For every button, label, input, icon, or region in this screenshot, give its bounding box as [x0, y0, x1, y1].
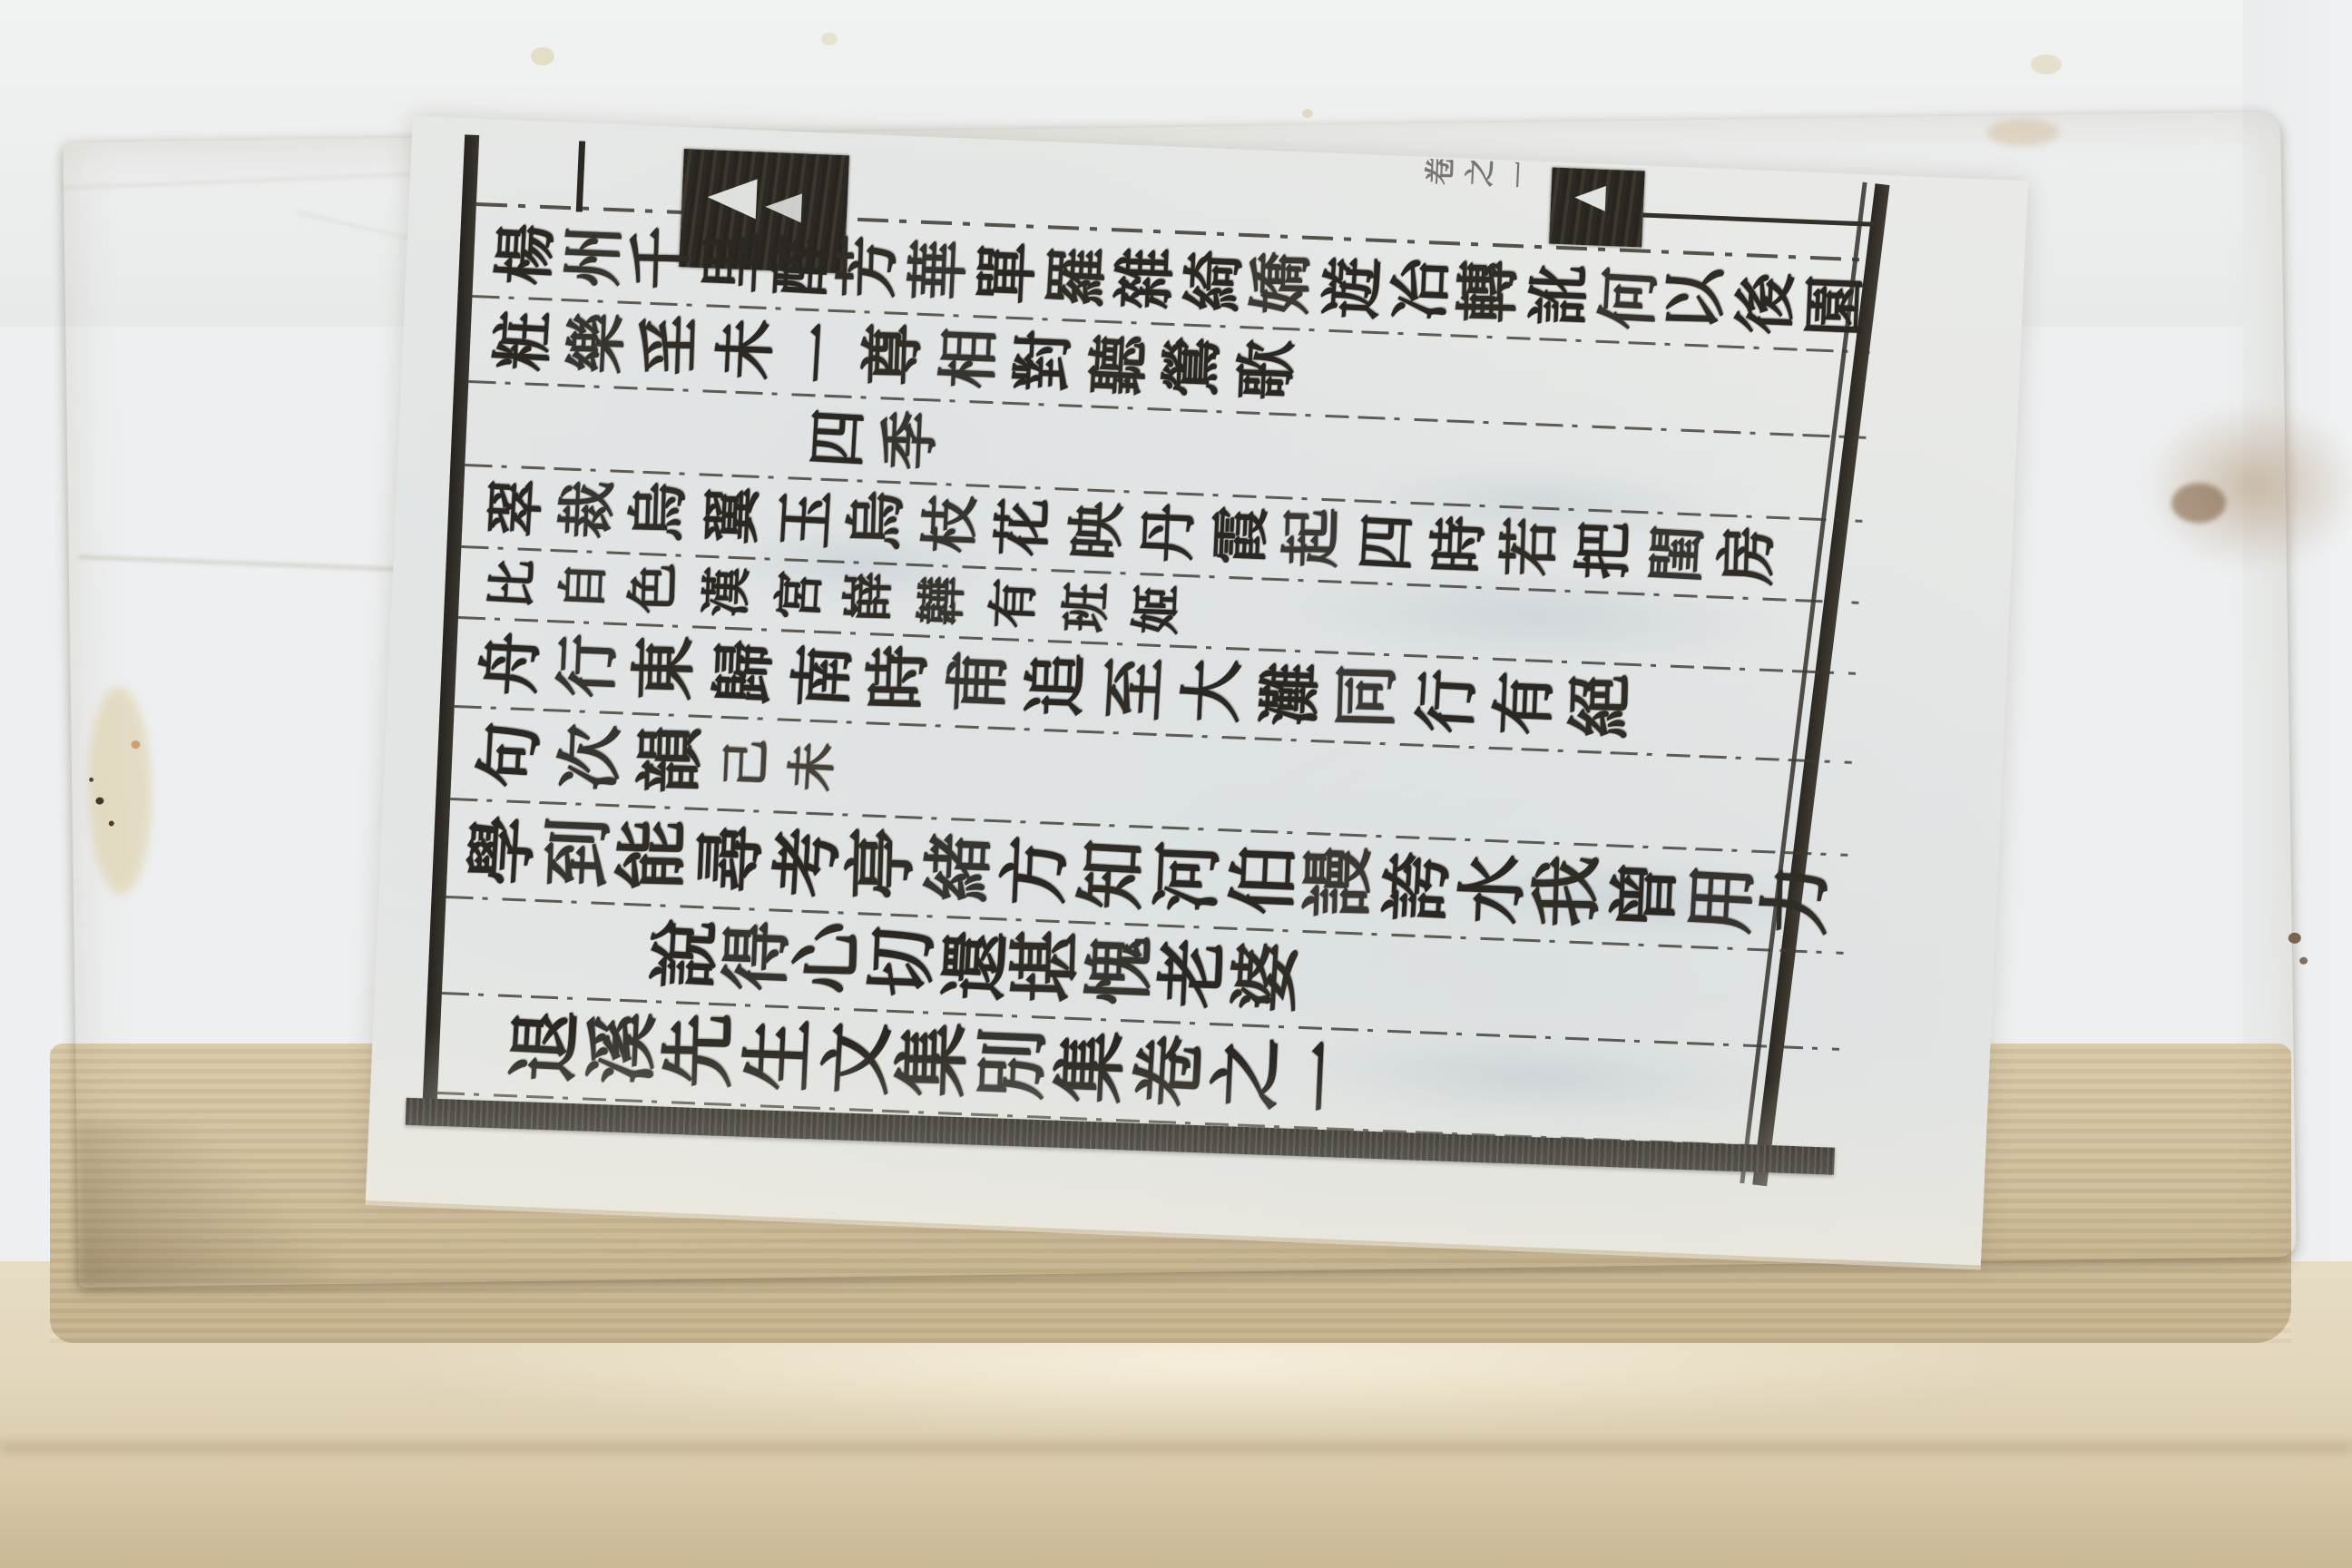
glyph: 行 [1415, 661, 1483, 742]
glyph: 愧 [1084, 932, 1157, 1007]
glyph: 㸒 [639, 306, 704, 384]
glyph: 先 [661, 1009, 739, 1092]
glyph: 東 [632, 627, 701, 710]
glyph: 歌 [1236, 331, 1300, 408]
glyph: 未 [715, 310, 779, 387]
glyph: 文 [820, 1017, 897, 1099]
frame-border-left [422, 134, 480, 1126]
glyph: 班 [1059, 570, 1113, 644]
glyph: 謾 [1302, 841, 1377, 922]
glyph: 相 [938, 319, 1003, 397]
glyph: 韡 [916, 563, 968, 637]
glyph: 烏 [846, 482, 907, 558]
glyph: 灘 [1259, 654, 1326, 735]
glyph: 集 [896, 1018, 973, 1101]
fishtail-fold-mark-icon [1549, 167, 1645, 247]
glyph: 對 [1013, 322, 1077, 399]
glyph: 句 [475, 712, 545, 798]
glyph: 起 [1281, 500, 1343, 576]
glyph: 姬 [1131, 572, 1183, 645]
paper-stain-right-speck [2299, 957, 2308, 965]
glyph: 堪 [1009, 927, 1083, 1004]
glyph: 宮 [772, 558, 827, 632]
glyph: 追 [1024, 644, 1092, 725]
glyph: 丹 [1139, 495, 1200, 571]
glyph: 絕 [1569, 664, 1637, 747]
paper-stain-speck [109, 820, 114, 826]
glyph: 次 [556, 715, 626, 799]
glyph: 學 [466, 809, 541, 889]
glyph: 霞 [1211, 498, 1272, 573]
glyph: 之 [1210, 1033, 1287, 1113]
table-edge-shadow [0, 1443, 2352, 1452]
glyph: 裁 [558, 472, 619, 547]
glyph: 能 [616, 814, 691, 895]
glyph: 歸 [712, 632, 779, 712]
glyph: 至 [1102, 648, 1171, 730]
fishtail-notch [707, 177, 758, 219]
glyph: 說 [650, 916, 724, 992]
glyph: 一 [790, 314, 856, 392]
glyph: 鶯 [1161, 328, 1226, 406]
background-stain-spot [1302, 109, 1313, 118]
glyph: 色 [627, 550, 681, 625]
glyph: 州 [562, 220, 626, 292]
glyph: 老 [1157, 936, 1230, 1011]
glyph: 枝 [921, 486, 982, 562]
paper-stain-speck [95, 798, 103, 805]
background-stain-spot [2031, 54, 2062, 74]
glyph: 玉 [776, 482, 838, 557]
glyph: 婆 [1230, 938, 1305, 1014]
glyph: 樂 [566, 304, 631, 381]
glyph: 訛 [1527, 260, 1592, 331]
glyph: 時 [867, 636, 935, 719]
paper-stain-dot [132, 740, 141, 749]
glyph: 四 [808, 400, 872, 475]
glyph: 把 [1574, 513, 1635, 588]
glyph: 綺 [1182, 245, 1247, 317]
glyph: 伯 [1229, 840, 1302, 919]
text-column-7: 句次韻己未 [466, 708, 846, 812]
glyph: 烏 [628, 474, 690, 550]
glyph: 有 [1493, 663, 1560, 744]
text-column-3: 四季 [800, 396, 949, 481]
glyph: 里 [700, 226, 764, 298]
glyph: 亭 [845, 823, 919, 904]
glyph: 方 [1000, 830, 1073, 909]
background-stain-spot [531, 47, 554, 65]
glyph: 還 [940, 927, 1014, 1004]
fold-glyph: 一 [1494, 159, 1541, 190]
fishtail-notch [1574, 184, 1606, 211]
glyph: 嬌 [1249, 247, 1314, 319]
paper-stain-right-speck [2288, 933, 2301, 944]
glyph: 千 [628, 221, 693, 294]
glyph: 力 [1759, 859, 1834, 940]
glyph: 閨 [1647, 516, 1710, 592]
glyph: 聽 [1088, 326, 1153, 404]
glyph: 舟 [478, 623, 546, 705]
glyph: 雜 [1113, 242, 1178, 314]
glyph: 華 [906, 234, 971, 306]
glyph: 切 [867, 924, 939, 999]
glyph: 比 [485, 546, 540, 621]
glyph: 尊 [862, 315, 927, 393]
glyph: 楊 [493, 218, 558, 290]
glyph: 嶭 [842, 559, 896, 634]
glyph: 到 [543, 812, 616, 891]
glyph: 自 [557, 549, 610, 622]
glyph: 若 [1499, 508, 1561, 584]
glyph: 園 [1803, 270, 1867, 342]
glyph: 醉 [769, 230, 834, 302]
glyph: 漢 [701, 554, 753, 628]
glyph: 尋 [695, 818, 769, 897]
paper-stain-speck [89, 778, 93, 782]
glyph: 卷 [1132, 1030, 1210, 1112]
glyph: 用 [1686, 858, 1760, 938]
glyph: 溪 [586, 1008, 662, 1089]
glyph: 芳 [835, 230, 900, 302]
paper-shadow-corner [76, 1119, 332, 1286]
glyph: 別 [976, 1024, 1053, 1104]
glyph: 房 [1717, 517, 1779, 593]
glyph: 粧 [493, 302, 558, 380]
glyph: 羅 [1044, 240, 1110, 313]
frame-border-top [1643, 213, 1877, 227]
glyph: 遊 [1320, 251, 1386, 324]
glyph: 心 [791, 919, 866, 996]
glyph: 映 [1066, 493, 1129, 568]
glyph: 大 [1181, 651, 1248, 731]
glyph: 同 [1335, 655, 1403, 738]
glyph: 單 [975, 237, 1040, 309]
glyph: 我 [1531, 850, 1605, 931]
glyph: 曾 [1610, 855, 1683, 934]
fold-strip-divider-line [576, 141, 585, 211]
glyph: 一 [1289, 1036, 1365, 1117]
fold-strip-half-cut-text: 卷之一 [1416, 159, 1554, 206]
glyph: 得 [721, 917, 794, 993]
glyph: 有 [987, 566, 1040, 640]
glyph: 翠 [485, 470, 548, 545]
glyph: 水 [1457, 849, 1531, 928]
glyph: 後 [1734, 268, 1798, 339]
glyph-small-annotation: 己 [720, 730, 772, 797]
glyph: 轉 [1455, 255, 1521, 328]
glyph: 河 [1152, 837, 1226, 916]
glyph: 冶 [1389, 254, 1454, 326]
glyph-small-annotation: 未 [786, 732, 838, 800]
glyph: 何 [1596, 262, 1661, 335]
background-stain-spot [821, 33, 838, 45]
glyph: 行 [556, 625, 623, 706]
paper-stain-corner [1986, 118, 2059, 146]
glyph: 退 [508, 1005, 585, 1087]
fishtail-notch [765, 192, 802, 223]
glyph: 以 [1662, 263, 1728, 336]
paper-stain-yellow [87, 686, 153, 896]
glyph: 四 [1357, 505, 1419, 580]
glyph: 誇 [1381, 847, 1455, 926]
glyph: 南 [790, 635, 858, 717]
glyph: 緒 [924, 828, 997, 906]
glyph: 韻 [636, 716, 707, 802]
printed-page-block: 卷之一 楊州千里醉芳華單羅雜綺嬌遊冶轉訛何以後園粧樂㸒未一尊相對聽鶯歌四季翠裁烏… [366, 116, 2028, 1265]
glyph: 集 [1054, 1026, 1131, 1107]
paper-stain-large-right [2145, 401, 2352, 572]
glyph: 生 [742, 1014, 818, 1094]
glyph: 花 [994, 490, 1054, 565]
glyph: 時 [1429, 507, 1490, 583]
glyph: 翼 [703, 478, 764, 554]
glyph: 季 [880, 402, 942, 477]
photograph-of-book-page: 卷之一 楊州千里醉芳華單羅雜綺嬌遊冶轉訛何以後園粧樂㸒未一尊相對聽鶯歌四季翠裁烏… [0, 0, 2352, 1568]
glyph: 知 [1076, 834, 1151, 914]
glyph: 甫 [946, 642, 1014, 722]
glyph: 考 [771, 822, 846, 902]
